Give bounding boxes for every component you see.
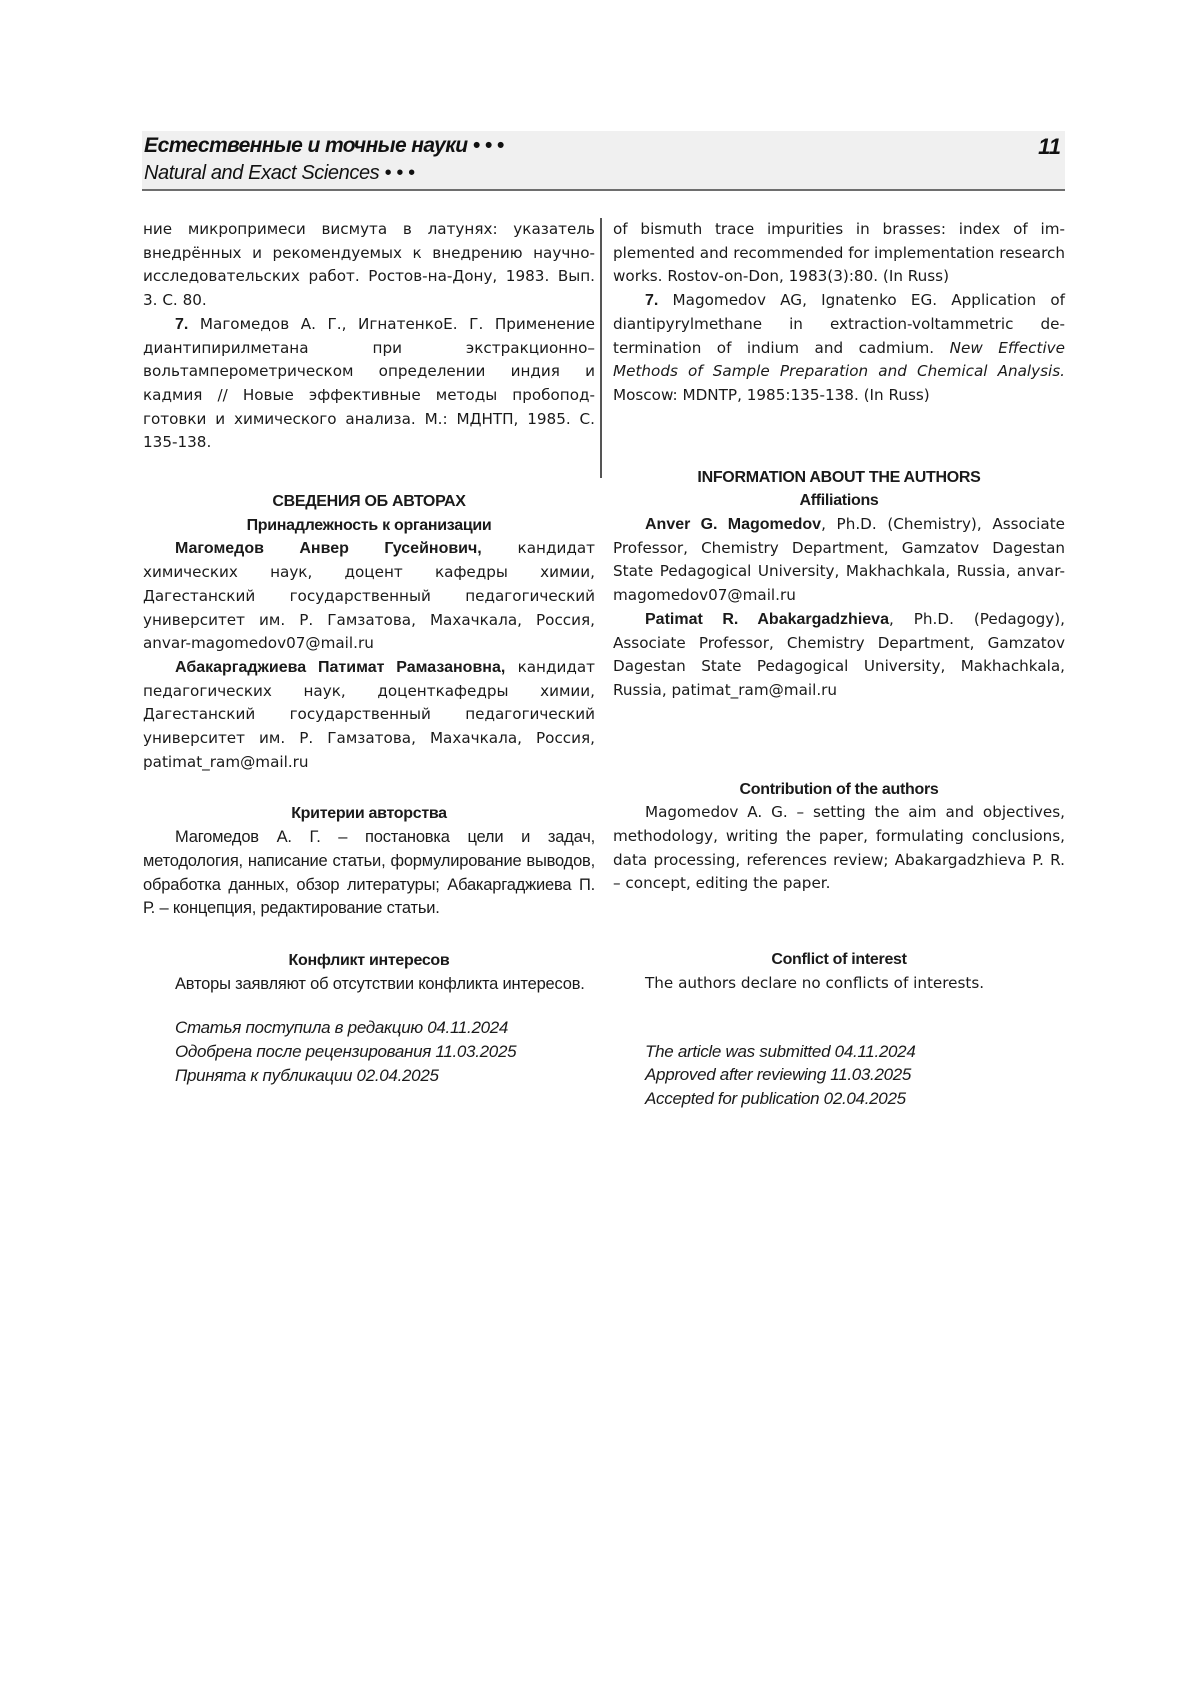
contribution-heading: Критерии авторства <box>143 802 595 826</box>
author-name: Anver G. Magomedov <box>645 516 821 533</box>
author-name: Patimat R. Abakargadzhieva <box>645 611 889 628</box>
reference-number: 7. <box>175 316 188 333</box>
affiliation-heading: Принадлежность к организации <box>143 514 595 538</box>
section-title-ru: Естественные и точные науки • • • <box>144 134 504 158</box>
author-2-info: Patimat R. Abakargadzhieva, Ph.D. (Pedag… <box>613 608 1065 703</box>
section-title-en: Natural and Exact Sciences • • • <box>144 162 415 185</box>
affiliation-heading: Affiliations <box>613 489 1065 513</box>
conflict-text: Авторы заявляют об отсутствии конфликта … <box>143 973 595 997</box>
author-1-info: Anver G. Magomedov, Ph.D. (Chemistry), A… <box>613 513 1065 608</box>
left-column-ru: ние микропримеси висмута в латунях: указ… <box>143 218 595 1088</box>
reference-6-continued: ние микропримеси висмута в латунях: указ… <box>143 218 595 313</box>
conflict-heading: Конфликт интересов <box>143 949 595 973</box>
date-submitted: Статья поступила в редакцию 04.11.2024 <box>143 1016 595 1040</box>
author-name: Магомедов Анвер Гусейнович, <box>175 540 482 557</box>
authors-heading: СВЕДЕНИЯ ОБ АВТОРАХ <box>143 490 595 514</box>
contribution-text: Магомедов А. Г. – постановка цели и зада… <box>143 826 595 921</box>
date-accepted: Принята к публикации 02.04.2025 <box>143 1064 595 1088</box>
author-name: Абакаргаджиева Патимат Рамазановна, <box>175 659 505 676</box>
column-divider <box>600 218 602 478</box>
date-accepted: Accepted for publication 02.04.2025 <box>613 1087 1065 1111</box>
right-column-en: of bismuth trace impurities in brasses: … <box>613 218 1065 1111</box>
reference-text: Магомедов А. Г., ИгнатенкоЕ. Г. Применен… <box>143 315 595 452</box>
conflict-text: The authors declare no conflicts of inte… <box>613 972 1065 996</box>
date-approved: Одобрена после рецензирования 11.03.2025 <box>143 1040 595 1064</box>
reference-number: 7. <box>645 292 658 309</box>
reference-7: 7. Magomedov AG, Ignatenko EG. Applicati… <box>613 289 1065 408</box>
reference-publisher: Moscow: MDNTP, 1985:135-138. (In Russ) <box>613 386 930 404</box>
page-number: 11 <box>1038 134 1061 160</box>
contribution-heading: Contribution of the authors <box>613 778 1065 802</box>
reference-6-continued: of bismuth trace impurities in brasses: … <box>613 218 1065 289</box>
date-approved: Approved after reviewing 11.03.2025 <box>613 1063 1065 1087</box>
conflict-heading: Conflict of interest <box>613 948 1065 972</box>
date-submitted: The article was submitted 04.11.2024 <box>613 1040 1065 1064</box>
author-1-info: Магомедов Анвер Гусейнович, кандидат хим… <box>143 537 595 656</box>
contribution-text: Magomedov A. G. – setting the aim and ob… <box>613 801 1065 896</box>
reference-7: 7. Магомедов А. Г., ИгнатенкоЕ. Г. Приме… <box>143 313 595 455</box>
authors-heading: INFORMATION ABOUT THE AUTHORS <box>613 466 1065 490</box>
author-2-info: Абакаргаджиева Патимат Рамазановна, канд… <box>143 656 595 775</box>
running-header: Естественные и точные науки • • • Natura… <box>142 131 1065 191</box>
